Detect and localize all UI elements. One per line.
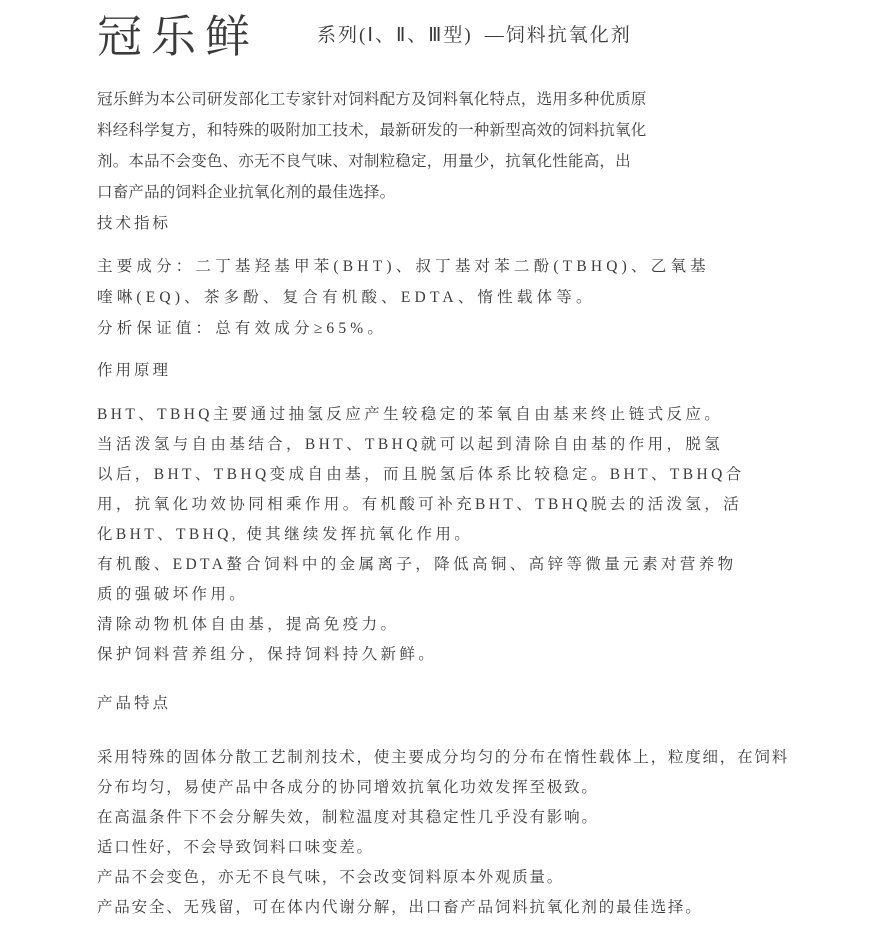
text-line: 化BHT、TBHQ, 使其继续发挥抗氧化作用。 [97,520,852,550]
text-line: BHT、TBHQ主要通过抽氢反应产生较稳定的苯氧自由基来终止链式反应。 [97,400,852,430]
document-content: 冠乐鲜 系列(Ⅰ、Ⅱ、Ⅲ型)—饲料抗氧化剂 冠乐鲜为本公司研发部化工专家针对饲料… [0,0,882,923]
product-type-label: —饲料抗氧化剂 [485,25,632,46]
text-line: 在高温条件下不会分解失效，制粒温度对其稳定性几乎没有影响。 [97,803,852,833]
text-line: 产品不会变色，亦无不良气味，不会改变饲料原本外观质量。 [97,863,852,893]
section-heading-product-features: 产品特点 [97,688,852,719]
text-line: 剂。本品不会变色、亦无不良气味、对制粒稳定，用量少，抗氧化性能高，出 [97,146,852,177]
text-line: 清除动物机体自由基，提高免疫力。 [97,610,852,640]
document-header: 冠乐鲜 系列(Ⅰ、Ⅱ、Ⅲ型)—饲料抗氧化剂 [97,8,852,66]
text-line: 分布均匀，易使产品中各成分的协同增效抗氧化功效发挥至极致。 [97,773,852,803]
intro-paragraph: 冠乐鲜为本公司研发部化工专家针对饲料配方及饲料氧化特点，选用多种优质原 料经科学… [97,84,852,208]
text-line: 用，抗氧化功效协同相乘作用。有机酸可补充BHT、TBHQ脱去的活泼氢，活 [97,490,852,520]
series-subtitle: 系列(Ⅰ、Ⅱ、Ⅲ型)—饲料抗氧化剂 [317,20,632,47]
document-page: 冠乐鲜 系列(Ⅰ、Ⅱ、Ⅲ型)—饲料抗氧化剂 冠乐鲜为本公司研发部化工专家针对饲料… [0,0,882,945]
text-line: 主要成分：二丁基羟基甲苯(BHT)、叔丁基对苯二酚(TBHQ)、乙氧基 [97,251,852,282]
text-line: 保护饲料营养组分，保持饲料持久新鲜。 [97,640,852,670]
mechanism-body: BHT、TBHQ主要通过抽氢反应产生较稳定的苯氧自由基来终止链式反应。 当活泼氢… [97,400,852,670]
text-line: 采用特殊的固体分散工艺制剂技术，使主要成分均匀的分布在惰性载体上，粒度细，在饲料 [97,743,852,773]
text-line: 适口性好，不会导致饲料口味变差。 [97,833,852,863]
text-line: 当活泼氢与自由基结合，BHT、TBHQ就可以起到清除自由基的作用，脱氢 [97,430,852,460]
text-line: 分析保证值：总有效成分≥65%。 [97,313,852,344]
text-line: 料经科学复方，和特殊的吸附加工技术，最新研发的一种新型高效的饲料抗氧化 [97,115,852,146]
text-line: 质的强破坏作用。 [97,580,852,610]
section-heading-technical-specs: 技术指标 [97,208,852,239]
text-line: 以后，BHT、TBHQ变成自由基，而且脱氢后体系比较稳定。BHT、TBHQ合 [97,460,852,490]
text-line: 喹啉(EQ)、茶多酚、复合有机酸、EDTA、惰性载体等。 [97,282,852,313]
text-line: 产品安全、无残留，可在体内代谢分解，出口畜产品饲料抗氧化剂的最佳选择。 [97,893,852,923]
section-heading-mechanism: 作用原理 [97,355,852,386]
product-features-body: 采用特殊的固体分散工艺制剂技术，使主要成分均匀的分布在惰性载体上，粒度细，在饲料… [97,743,852,923]
section-product-features: 产品特点 采用特殊的固体分散工艺制剂技术，使主要成分均匀的分布在惰性载体上，粒度… [97,688,852,923]
series-label: 系列(Ⅰ、Ⅱ、Ⅲ型) [317,25,473,46]
text-line: 有机酸、EDTA螯合饲料中的金属离子，降低高铜、高锌等微量元素对营养物 [97,550,852,580]
section-mechanism: 作用原理 BHT、TBHQ主要通过抽氢反应产生较稳定的苯氧自由基来终止链式反应。… [97,355,852,670]
text-line: 冠乐鲜为本公司研发部化工专家针对饲料配方及饲料氧化特点，选用多种优质原 [97,84,852,115]
brand-title: 冠乐鲜 [97,9,259,65]
section-technical-specs: 技术指标 主要成分：二丁基羟基甲苯(BHT)、叔丁基对苯二酚(TBHQ)、乙氧基… [97,208,852,344]
technical-specs-body: 主要成分：二丁基羟基甲苯(BHT)、叔丁基对苯二酚(TBHQ)、乙氧基 喹啉(E… [97,251,852,344]
text-line: 口畜产品的饲料企业抗氧化剂的最佳选择。 [97,177,852,208]
